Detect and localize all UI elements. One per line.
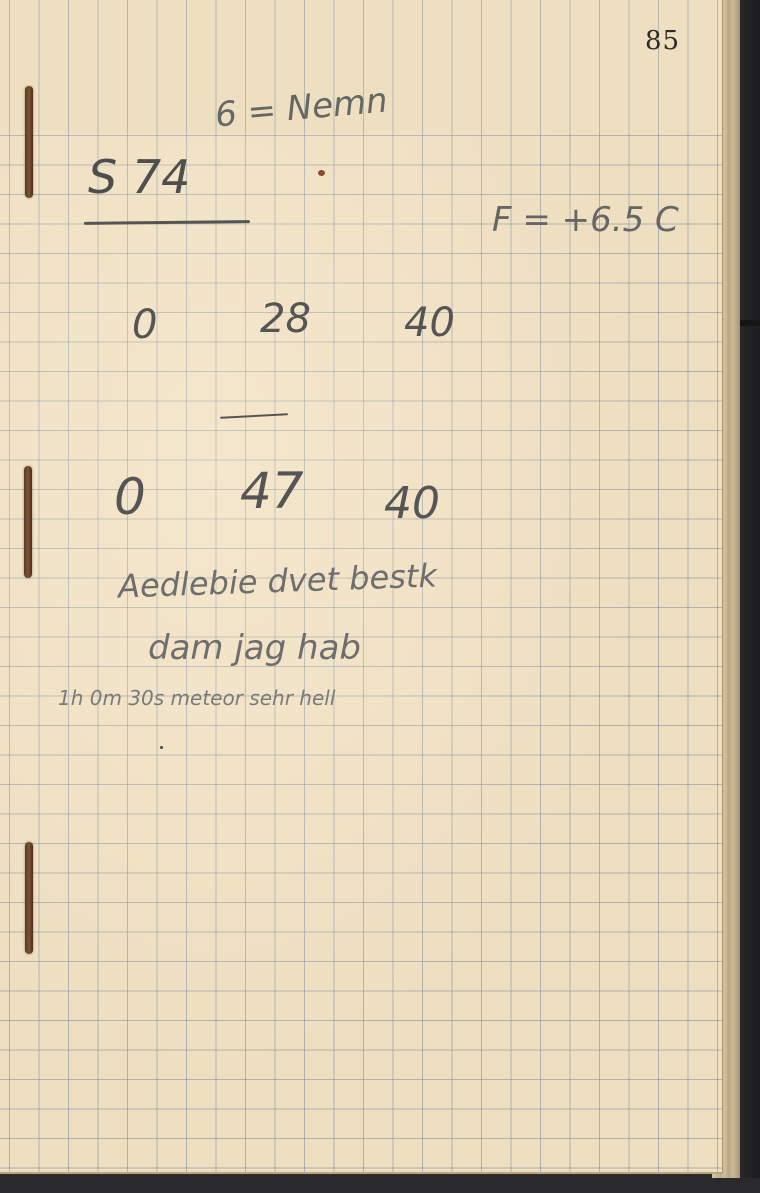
notebook-cover-bottom <box>0 1178 760 1193</box>
reading-1-b: 28 <box>260 296 311 342</box>
ink-spot <box>318 170 325 176</box>
page-number: 85 <box>645 26 680 56</box>
separator-dash <box>220 413 288 419</box>
binding-stitch-bottom <box>25 842 33 954</box>
label-underline <box>84 220 250 225</box>
reading-2-b: 47 <box>240 462 304 520</box>
reading-2-a: 0 <box>114 468 146 526</box>
station-label: S 74 <box>88 150 190 204</box>
binding-stitch-top <box>25 86 33 198</box>
reading-1-a: 0 <box>132 302 157 348</box>
note-line-2: dam jag hab <box>148 628 361 668</box>
reading-2-c: 40 <box>384 478 440 529</box>
note-line-1: Aedlebie dvet bestk <box>117 556 437 605</box>
reading-1-c: 40 <box>404 300 455 346</box>
pencil-dot <box>160 746 163 749</box>
binding-stitch-middle <box>24 466 32 578</box>
notebook-page: 85 S 74 6 = Nemn F = +6.5 C 0 28 40 0 47… <box>0 0 723 1174</box>
note-line-3: 1h 0m 30s meteor sehr hell <box>58 686 335 710</box>
temperature-formula: F = +6.5 C <box>492 200 679 240</box>
